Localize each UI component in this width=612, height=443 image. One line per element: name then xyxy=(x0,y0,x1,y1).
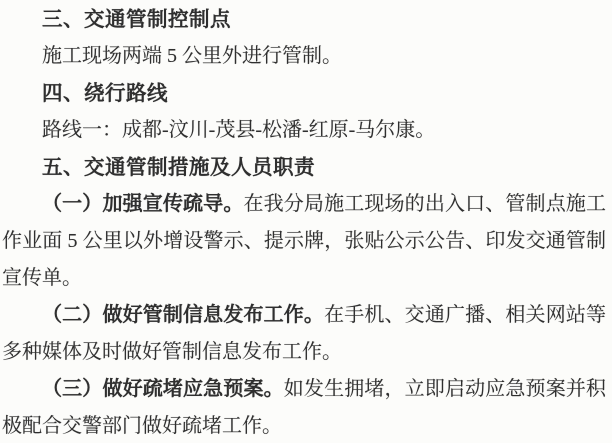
paragraph-route-1: 路线一：成都-汶川-茂县-松潘-红原-马尔康。 xyxy=(2,112,606,149)
paragraph-congestion-emergency-plan: （三）做好疏堵应急预案。如发生拥堵，立即启动应急预案并积极配合交警部门做好疏堵工… xyxy=(2,371,606,443)
paragraph-info-release: （二）做好管制信息发布工作。在手机、交通广播、相关网站等多种媒体及时做好管制信息… xyxy=(2,297,606,371)
document-page: 三、交通管制控制点 施工现场两端 5 公里外进行管制。 四、绕行路线 路线一：成… xyxy=(0,0,612,443)
paragraph-lead: （二）做好管制信息发布工作。 xyxy=(42,304,324,326)
paragraph-lead: （三）做好疏堵应急预案。 xyxy=(42,378,284,400)
paragraph-publicity-guidance: （一）加强宣传疏导。在我分局施工现场的出入口、管制点施工作业面 5 公里以外增设… xyxy=(2,186,606,297)
heading-detour-routes: 四、绕行路线 xyxy=(2,75,606,112)
heading-traffic-control-points: 三、交通管制控制点 xyxy=(2,1,606,38)
paragraph-lead: （一）加强宣传疏导。 xyxy=(42,193,243,215)
paragraph-text: 施工现场两端 5 公里外进行管制。 xyxy=(42,45,342,67)
paragraph-control-scope: 施工现场两端 5 公里外进行管制。 xyxy=(2,38,606,75)
heading-measures-and-duties: 五、交通管制措施及人员职责 xyxy=(2,149,606,186)
paragraph-text: 路线一：成都-汶川-茂县-松潘-红原-马尔康。 xyxy=(42,119,435,141)
